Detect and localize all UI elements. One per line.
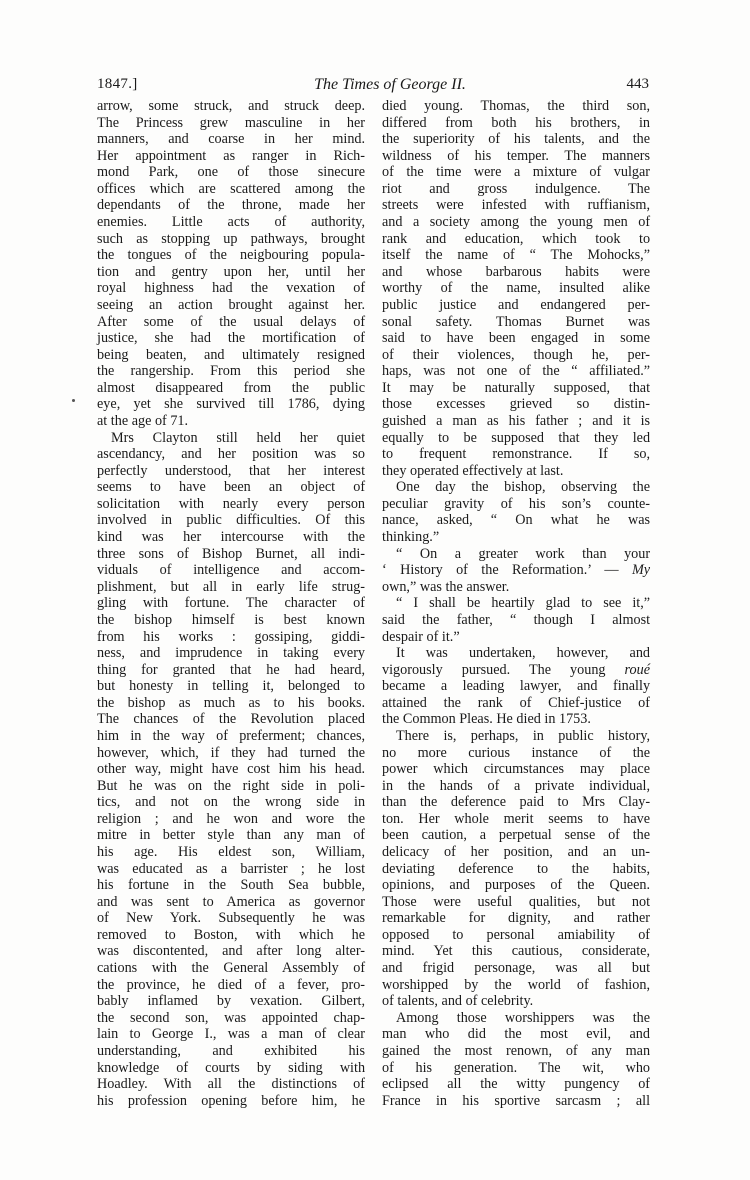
text-line: three sons of Bishop Burnet, all indi- xyxy=(97,546,365,563)
text-line: ascendancy, and her position was so xyxy=(97,446,365,463)
text-line: eye, yet she survived till 1786, dying xyxy=(97,396,365,413)
text-line: such as stopping up pathways, brought xyxy=(97,231,365,248)
text-line: bably inflamed by vexation. Gilbert, xyxy=(97,993,365,1010)
text-line: lain to George I., was a man of clear xyxy=(97,1026,365,1043)
text-line: haps, was not one of the “ affiliated.” xyxy=(382,363,650,380)
text-line: been caution, a perpetual sense of the xyxy=(382,827,650,844)
text-line: in the hands of a private individual, xyxy=(382,778,650,795)
text-line: the tongues of the neigbouring popula- xyxy=(97,247,365,264)
text-line: ton. Her whole merit seems to have xyxy=(382,811,650,828)
text-line: the bishop as much as to his books. xyxy=(97,695,365,712)
text-line: “ On a greater work than your xyxy=(382,546,650,563)
text-line: said the father, “ though I almost xyxy=(382,612,650,629)
text-line: riot and gross indulgence. The xyxy=(382,181,650,198)
text-line: understanding, and exhibited his xyxy=(97,1043,365,1060)
text-line: guished a man as his father ; and it is xyxy=(382,413,650,430)
text-line: mond Park, one of those sinecure xyxy=(97,164,365,181)
text-line: offices which are scattered among the xyxy=(97,181,365,198)
text-line: plishment, but all in early life strug- xyxy=(97,579,365,596)
text-line: delicacy of her position, and an un- xyxy=(382,844,650,861)
text-line: vigorously pursued. The young roué xyxy=(382,662,650,679)
text-line: Those were useful qualities, but not xyxy=(382,894,650,911)
text-line: The Princess grew masculine in her xyxy=(97,115,365,132)
text-line: It may be naturally supposed, that xyxy=(382,380,650,397)
text-line: despair of it.” xyxy=(382,629,650,646)
text-line: worthy of the name, insulted alike xyxy=(382,280,650,297)
text-line: died young. Thomas, the third son, xyxy=(382,98,650,115)
text-line: nance, asked, “ On what he was xyxy=(382,512,650,529)
text-line: eclipsed all the witty pungency of xyxy=(382,1076,650,1093)
text-line: wildness of his temper. The manners xyxy=(382,148,650,165)
text-line: peculiar gravity of his son’s counte- xyxy=(382,496,650,513)
text-line: opinions, and purposes of the Queen. xyxy=(382,877,650,894)
text-line: One day the bishop, observing the xyxy=(382,479,650,496)
text-line: Hoadley. With all the distinctions of xyxy=(97,1076,365,1093)
text-line: no more curious instance of the xyxy=(382,745,650,762)
text-line: was discontented, and after long alter- xyxy=(97,943,365,960)
text-line: mitre in better style than any man of xyxy=(97,827,365,844)
text-line: remarkable for dignity, and rather xyxy=(382,910,650,927)
text-line: perfectly understood, that her interest xyxy=(97,463,365,480)
text-line: removed to Boston, with which he xyxy=(97,927,365,944)
text-line: After some of the usual delays of xyxy=(97,314,365,331)
text-line: But he was on the right side in poli- xyxy=(97,778,365,795)
text-line: ness, and imprudence in taking every xyxy=(97,645,365,662)
text-line: tion and gentry upon her, until her xyxy=(97,264,365,281)
text-line: from his works : gossiping, giddi- xyxy=(97,629,365,646)
text-line: worshipped by the world of fashion, xyxy=(382,977,650,994)
text-line: seeing an action brought against her. xyxy=(97,297,365,314)
text-line: public justice and endangered per- xyxy=(382,297,650,314)
text-line: the second son, was appointed chap- xyxy=(97,1010,365,1027)
text-line: own,” was the answer. xyxy=(382,579,650,596)
text-line: Among those worshippers was the xyxy=(382,1010,650,1027)
text-line: the Common Pleas. He died in 1753. xyxy=(382,711,650,728)
text-line: gained the most renown, of any man xyxy=(382,1043,650,1060)
text-line: thinking.” xyxy=(382,529,650,546)
text-line: enemies. Little acts of authority, xyxy=(97,214,365,231)
text-line: kind was her intercourse with the xyxy=(97,529,365,546)
text-line: his profession opening before him, he xyxy=(97,1093,365,1110)
text-line: became a leading lawyer, and finally xyxy=(382,678,650,695)
text-line: and whose barbarous habits were xyxy=(382,264,650,281)
text-line: attained the rank of Chief-justice of xyxy=(382,695,650,712)
text-line: gling with fortune. The character of xyxy=(97,595,365,612)
text-line: said to have been engaged in some xyxy=(382,330,650,347)
text-line: the province, he died of a fever, pro- xyxy=(97,977,365,994)
text-line: the rangership. From this period she xyxy=(97,363,365,380)
text-line: those excesses grieved so distin- xyxy=(382,396,650,413)
text-line: manners, and coarse in her mind. xyxy=(97,131,365,148)
text-line: Mrs Clayton still held her quiet xyxy=(97,430,365,447)
right-text-column: died young. Thomas, the third son,differ… xyxy=(382,98,650,1109)
text-line: royal highness had the vexation of xyxy=(97,280,365,297)
text-line: “ I shall be heartily glad to see it,” xyxy=(382,595,650,612)
text-line: than the deference paid to Mrs Clay- xyxy=(382,794,650,811)
text-line: man who did the most evil, and xyxy=(382,1026,650,1043)
text-line: dependants of the throne, made her xyxy=(97,197,365,214)
text-line: at the age of 71. xyxy=(97,413,365,430)
text-line: of their violences, though he, per- xyxy=(382,347,650,364)
text-line: seems to have been an object of xyxy=(97,479,365,496)
text-line: his fortune in the South Sea bubble, xyxy=(97,877,365,894)
text-line: involved in public difficulties. Of this xyxy=(97,512,365,529)
text-line: arrow, some struck, and struck deep. xyxy=(97,98,365,115)
text-line: ‘ History of the Reformation.’ — My xyxy=(382,562,650,579)
text-line: they operated effectively at last. xyxy=(382,463,650,480)
text-line: The chances of the Revolution placed xyxy=(97,711,365,728)
text-line: being beaten, and ultimately resigned xyxy=(97,347,365,364)
text-line: power which circumstances may place xyxy=(382,761,650,778)
text-line: It was undertaken, however, and xyxy=(382,645,650,662)
text-line: knowledge of courts by siding with xyxy=(97,1060,365,1077)
text-line: thing for granted that he had heard, xyxy=(97,662,365,679)
text-line: differed from both his brothers, in xyxy=(382,115,650,132)
text-line: but honesty in telling it, belonged to xyxy=(97,678,365,695)
text-line: opposed to personal amiability of xyxy=(382,927,650,944)
text-line: Her appointment as ranger in Rich- xyxy=(97,148,365,165)
running-head: 1847.] The Times of George II. 443 xyxy=(97,76,649,96)
text-line: tics, and not on the wrong side in xyxy=(97,794,365,811)
page-number: 443 xyxy=(627,76,650,93)
text-line: of New York. Subsequently he was xyxy=(97,910,365,927)
text-line: and was sent to America as governor xyxy=(97,894,365,911)
text-line: and a society among the young men of xyxy=(382,214,650,231)
book-page: 1847.] The Times of George II. 443 arrow… xyxy=(0,0,750,1180)
text-line: of talents, and of celebrity. xyxy=(382,993,650,1010)
text-line: almost disappeared from the public xyxy=(97,380,365,397)
text-line: other way, might have cost him his head. xyxy=(97,761,365,778)
text-line: his age. His eldest son, William, xyxy=(97,844,365,861)
text-line: sonal safety. Thomas Burnet was xyxy=(382,314,650,331)
text-line: him in the way of preferment; chances, xyxy=(97,728,365,745)
text-line: religion ; and he won and wore the xyxy=(97,811,365,828)
text-line: deviating deference to the habits, xyxy=(382,861,650,878)
text-line: the bishop himself is best known xyxy=(97,612,365,629)
text-line: mind. Yet this cautious, considerate, xyxy=(382,943,650,960)
text-line: streets were infested with ruffianism, xyxy=(382,197,650,214)
text-line: of the time were a mixture of vulgar xyxy=(382,164,650,181)
left-text-column: arrow, some struck, and struck deep.The … xyxy=(97,98,365,1109)
text-line: and frigid personage, was all but xyxy=(382,960,650,977)
text-line: equally to be supposed that they led xyxy=(382,430,650,447)
text-line: of his generation. The wit, who xyxy=(382,1060,650,1077)
text-line: France in his sportive sarcasm ; all xyxy=(382,1093,650,1110)
margin-dot-mark xyxy=(72,399,75,402)
text-line: however, which, if they had turned the xyxy=(97,745,365,762)
text-line: the superiority of his talents, and the xyxy=(382,131,650,148)
running-head-title: The Times of George II. xyxy=(97,76,649,94)
text-line: was educated as a barrister ; he lost xyxy=(97,861,365,878)
text-line: cations with the General Assembly of xyxy=(97,960,365,977)
text-line: solicitation with nearly every person xyxy=(97,496,365,513)
text-line: itself the name of “ The Mohocks,” xyxy=(382,247,650,264)
text-line: viduals of intelligence and accom- xyxy=(97,562,365,579)
text-line: There is, perhaps, in public history, xyxy=(382,728,650,745)
text-line: justice, she had the mortification of xyxy=(97,330,365,347)
text-line: to frequent remonstrance. If so, xyxy=(382,446,650,463)
text-line: rank and education, which took to xyxy=(382,231,650,248)
